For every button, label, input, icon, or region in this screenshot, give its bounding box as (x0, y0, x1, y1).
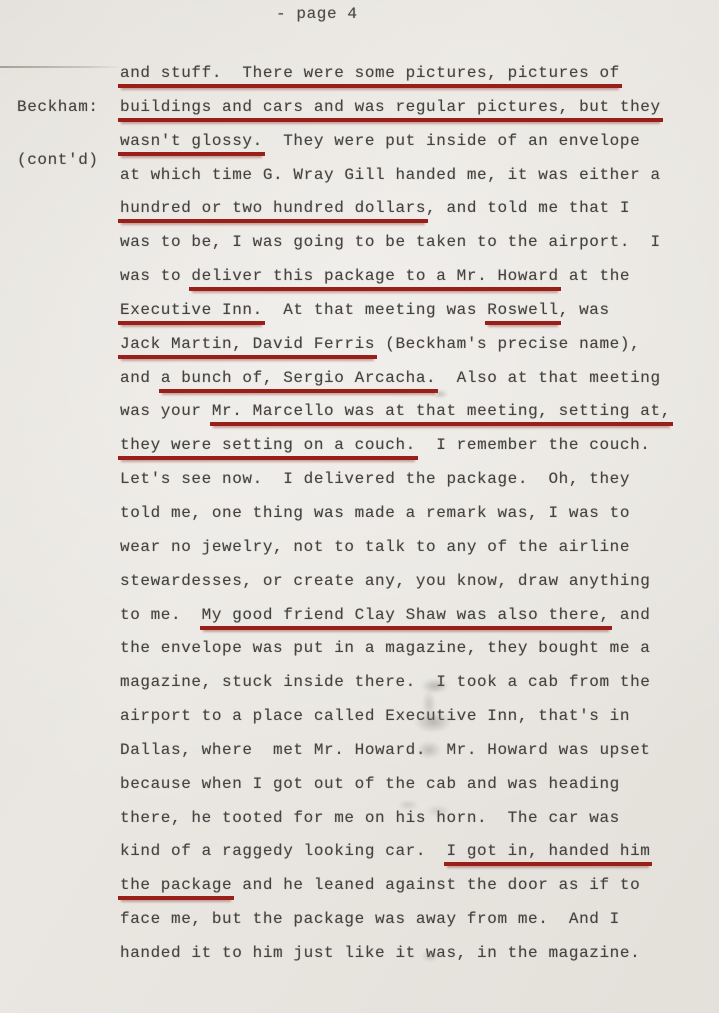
text-segment: Let's see now. I delivered the package. … (120, 470, 630, 488)
transcript-line: hundred or two hundred dollars, and told… (120, 192, 705, 226)
transcript-line: Dallas, where met Mr. Howard. Mr. Howard… (120, 734, 705, 768)
transcript-line: kind of a raggedy looking car. I got in,… (120, 835, 705, 869)
transcript-line: stewardesses, or create any, you know, d… (120, 565, 705, 599)
red-underlined-text: My good friend Clay Shaw was also there, (200, 606, 612, 630)
text-segment: At that meeting was (263, 301, 487, 319)
transcript-line: buildings and cars and was regular pictu… (120, 91, 705, 125)
transcript-line: the package and he leaned against the do… (120, 869, 705, 903)
text-segment: and (120, 369, 161, 387)
transcript-line: and stuff. There were some pictures, pic… (120, 57, 705, 91)
transcript-line: airport to a place called Executive Inn,… (120, 700, 705, 734)
red-underlined-text: and stuff. There were some pictures, pic… (118, 64, 622, 88)
transcript-line: wear no jewelry, not to talk to any of t… (120, 531, 705, 565)
transcript-line: was to be, I was going to be taken to th… (120, 226, 705, 260)
transcript-line: wasn't glossy. They were put inside of a… (120, 125, 705, 159)
transcript-line: and a bunch of, Sergio Arcacha. Also at … (120, 362, 705, 396)
red-underlined-text: I got in, handed him (444, 842, 652, 866)
transcript-line: was your Mr. Marcello was at that meetin… (120, 395, 705, 429)
red-underlined-text: deliver this package to a Mr. Howard (189, 267, 560, 291)
transcript-line: the envelope was put in a magazine, they… (120, 632, 705, 666)
text-segment: at which time G. Wray Gill handed me, it… (120, 166, 661, 184)
transcript-line: was to deliver this package to a Mr. How… (120, 260, 705, 294)
text-segment: and (610, 606, 651, 624)
transcript-line: they were setting on a couch. I remember… (120, 429, 705, 463)
text-segment: face me, but the package was away from m… (120, 910, 620, 928)
page-number: - page 4 (276, 5, 358, 23)
red-underlined-text: the package (118, 876, 234, 900)
text-segment: was your (120, 402, 212, 420)
speaker-name: Beckham: (17, 99, 99, 117)
red-underlined-text: Executive Inn. (118, 301, 265, 325)
text-segment: , and told me that I (426, 199, 630, 217)
transcript-lines: and stuff. There were some pictures, pic… (120, 57, 705, 971)
text-segment: I remember the couch. (416, 436, 651, 454)
transcript-line: face me, but the package was away from m… (120, 903, 705, 937)
red-underlined-text: they were setting on a couch. (118, 436, 418, 460)
text-segment: to me. (120, 606, 202, 624)
text-segment: magazine, stuck inside there. I took a c… (120, 673, 650, 691)
red-underlined-text: wasn't glossy. (118, 132, 265, 156)
transcript-line: because when I got out of the cab and wa… (120, 768, 705, 802)
transcript-line: to me. My good friend Clay Shaw was also… (120, 599, 705, 633)
transcript-line: magazine, stuck inside there. I took a c… (120, 666, 705, 700)
text-segment: and he leaned against the door as if to (232, 876, 640, 894)
transcript-line: Executive Inn. At that meeting was Roswe… (120, 294, 705, 328)
transcript-line: handed it to him just like it was, in th… (120, 937, 705, 971)
transcript-line: Jack Martin, David Ferris (Beckham's pre… (120, 328, 705, 362)
text-segment: stewardesses, or create any, you know, d… (120, 572, 650, 590)
red-underlined-text: Jack Martin, David Ferris (118, 335, 377, 359)
text-segment: because when I got out of the cab and wa… (120, 775, 620, 793)
speaker-continuation: (cont'd) (17, 152, 99, 170)
red-underlined-text: hundred or two hundred dollars (118, 199, 428, 223)
red-underlined-text: Mr. Marcello was at that meeting, settin… (210, 402, 673, 426)
transcript-line: at which time G. Wray Gill handed me, it… (120, 159, 705, 193)
text-segment: told me, one thing was made a remark was… (120, 504, 630, 522)
text-segment: Also at that meeting (436, 369, 660, 387)
text-segment: the envelope was put in a magazine, they… (120, 639, 650, 657)
text-segment: They were put inside of an envelope (263, 132, 640, 150)
transcript-line: told me, one thing was made a remark was… (120, 497, 705, 531)
text-segment: was to (120, 267, 191, 285)
speaker-label-block: Beckham: (cont'd) (17, 64, 99, 204)
scanned-transcript-page: - page 4 Beckham: (cont'd) and stuff. Th… (0, 0, 719, 1013)
text-segment: wear no jewelry, not to talk to any of t… (120, 538, 630, 556)
text-segment: kind of a raggedy looking car. (120, 842, 446, 860)
text-segment: airport to a place called Executive Inn,… (120, 707, 630, 725)
transcript-line: Let's see now. I delivered the package. … (120, 463, 705, 497)
text-segment: handed it to him just like it was, in th… (120, 944, 640, 962)
text-segment: , was (559, 301, 610, 319)
red-underlined-text: a bunch of, Sergio Arcacha. (159, 369, 438, 393)
text-segment: at the (559, 267, 630, 285)
transcript-line: there, he tooted for me on his horn. The… (120, 802, 705, 836)
text-segment: there, he tooted for me on his horn. The… (120, 809, 620, 827)
red-underlined-text: buildings and cars and was regular pictu… (118, 98, 663, 122)
text-segment: Dallas, where met Mr. Howard. Mr. Howard… (120, 741, 650, 759)
text-segment: (Beckham's precise name), (375, 335, 640, 353)
red-underlined-text: Roswell (485, 301, 560, 325)
text-segment: was to be, I was going to be taken to th… (120, 233, 661, 251)
